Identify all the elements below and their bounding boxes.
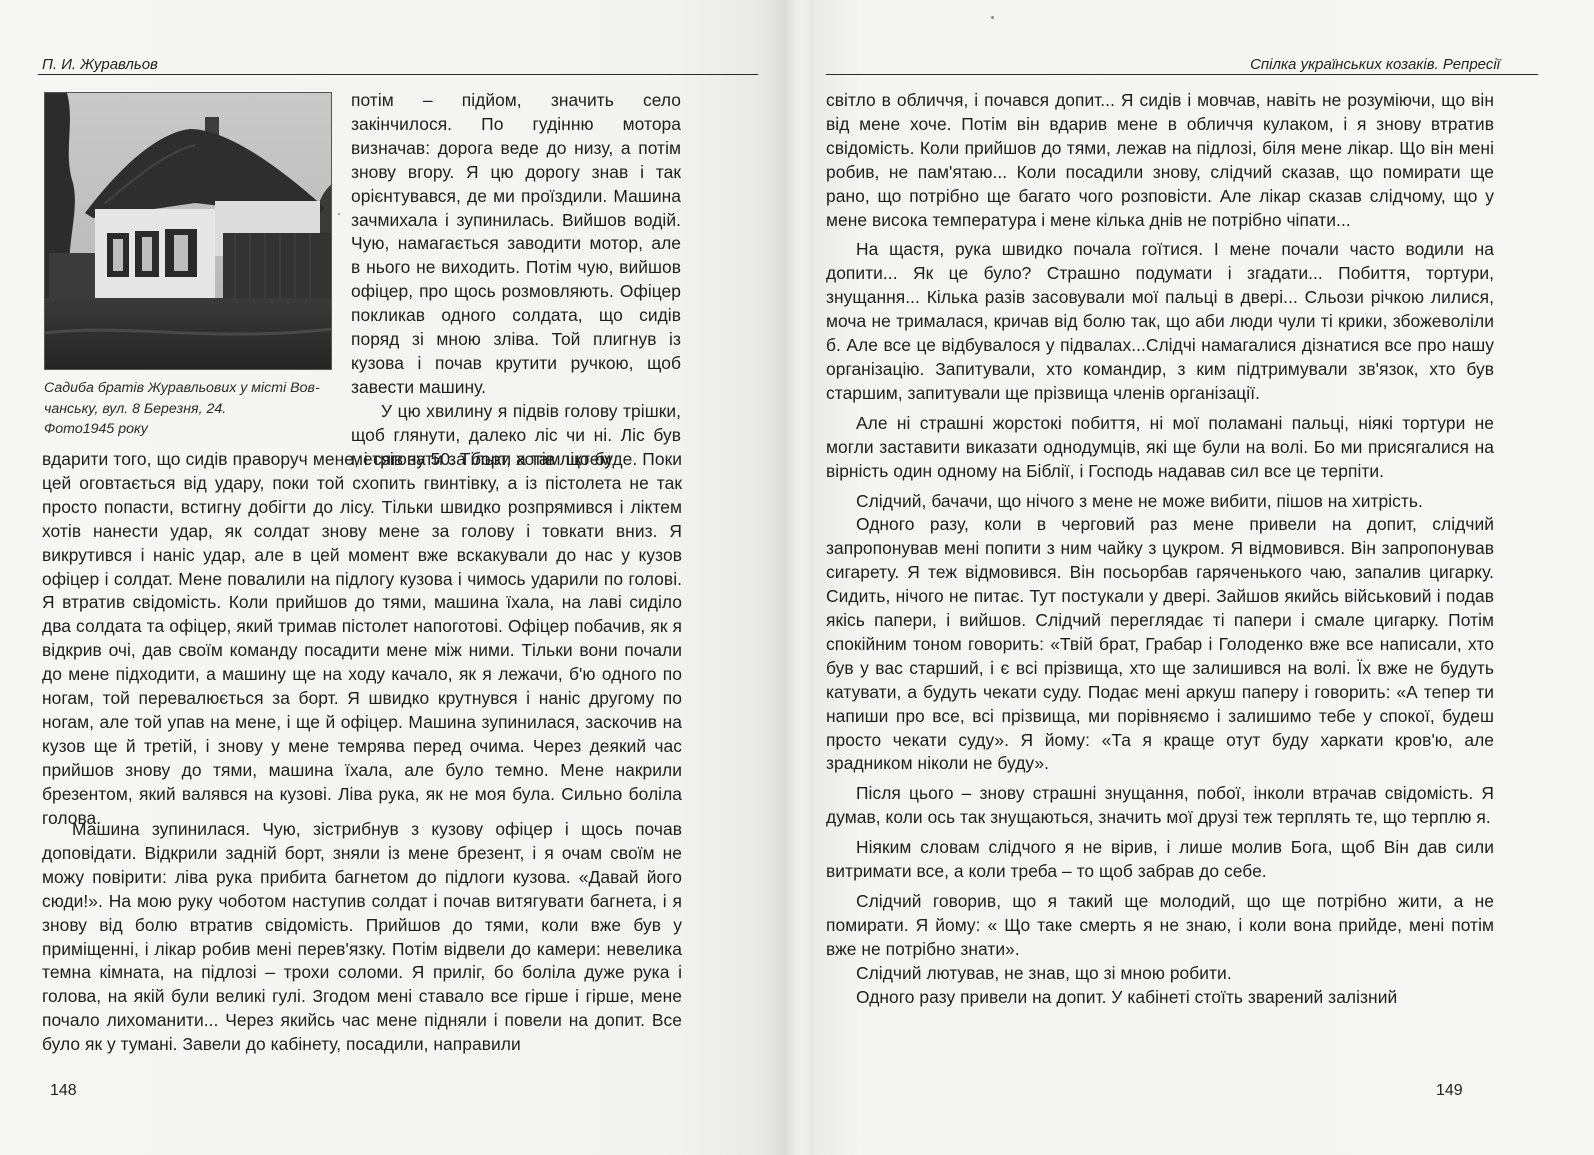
running-head-author: П. И. Журавльов xyxy=(42,56,158,73)
photo-caption: Садиба братів Журавльових у місті Вов- ч… xyxy=(44,378,344,440)
left-page: П. И. Журавльов xyxy=(0,0,784,1155)
paragraph: Одного разу привели на допит. У кабінеті… xyxy=(826,986,1494,1010)
house-photo-icon xyxy=(44,92,332,370)
body-text-full-width: вдарити того, що сидів праворуч мене, і … xyxy=(42,448,682,831)
paragraph: потім – підйом, значить село закінчилося… xyxy=(351,89,681,400)
page-number: 148 xyxy=(50,1082,77,1100)
paragraph: вдарити того, що сидів праворуч мене, і … xyxy=(42,448,682,831)
paragraph: світло в обличчя, і почався допит... Я с… xyxy=(826,89,1494,232)
paragraph: Після цього – знову страшні знущання, по… xyxy=(826,782,1494,830)
scan-speck xyxy=(338,213,340,215)
paragraph: Але ні страшні жорстокі побиття, ні мої … xyxy=(826,412,1494,484)
paragraph: На щастя, рука швидко почала гоїтися. І … xyxy=(826,238,1494,405)
scan-speck xyxy=(991,16,994,19)
header-rule xyxy=(826,74,1538,75)
body-text: світло в обличчя, і почався допит... Я с… xyxy=(826,89,1494,1010)
right-page: Спілка українських козаків. Репресії сві… xyxy=(814,0,1594,1155)
paragraph: Ніяким словам слідчого я не вірив, і лиш… xyxy=(826,836,1494,884)
book-spread: П. И. Журавльов xyxy=(0,0,1594,1155)
paragraph: Слідчий, бачачи, що нічого з мене не мож… xyxy=(826,490,1494,514)
paragraph: Слідчий говорив, що я такий ще молодий, … xyxy=(826,890,1494,962)
caption-line: Фото1945 року xyxy=(44,419,344,440)
paragraph: Слідчий лютував, не знав, що зі мною роб… xyxy=(826,962,1494,986)
running-head-section: Спілка українських козаків. Репресії xyxy=(1250,56,1500,73)
figure: Садиба братів Журавльових у місті Вов- ч… xyxy=(44,92,334,440)
body-text-full-width-2: Машина зупинилася. Чую, зістрибнув з куз… xyxy=(42,818,682,1057)
paragraph: Одного разу, коли в черговий раз мене пр… xyxy=(826,513,1494,776)
book-gutter xyxy=(784,0,814,1155)
caption-line: Садиба братів Журавльових у місті Вов- xyxy=(44,378,344,399)
paragraph: Машина зупинилася. Чую, зістрибнув з куз… xyxy=(42,818,682,1057)
header-rule xyxy=(38,74,758,75)
page-number: 149 xyxy=(1436,1082,1463,1100)
body-text-narrow-column: потім – підйом, значить село закінчилося… xyxy=(351,89,681,472)
caption-line: чанську, вул. 8 Березня, 24. xyxy=(44,399,344,420)
